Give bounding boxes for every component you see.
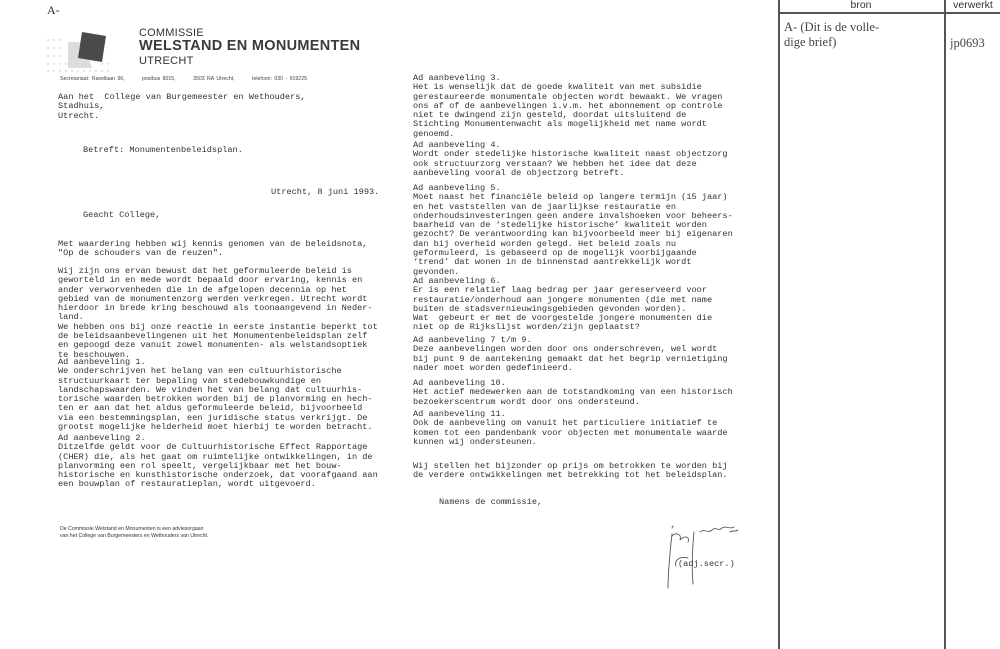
- recommendation-body: We onderschrijven het belang van een cul…: [58, 367, 373, 432]
- recipient-block: Aan het College van Burgemeester en Weth…: [58, 93, 306, 121]
- recommendation-11: Ad aanbeveling 11.Ook de aanbeveling om …: [413, 410, 728, 447]
- salutation: Geacht College,: [83, 211, 160, 220]
- closing-paragraph: Wij stellen het bijzonder op prijs om be…: [413, 462, 728, 481]
- address-phone: telefoon: 030 - 919225: [252, 76, 307, 82]
- recommendation-6: Ad aanbeveling 6.Er is een relatief laag…: [413, 277, 712, 333]
- footer-note: De Commissie Welstand en Monumenten is e…: [60, 526, 208, 540]
- subject-line: Betreft: Monumentenbeleidsplan.: [83, 146, 243, 155]
- context-paragraph: Wij zijn ons ervan bewust dat het geform…: [58, 267, 378, 360]
- header-verwerkt: verwerkt: [946, 0, 1000, 11]
- verwerkt-value: jp0693: [950, 36, 985, 51]
- panel-divider: [778, 0, 780, 649]
- intro-paragraph: Met waardering hebben wij kennis genomen…: [58, 240, 367, 259]
- recommendation-body: Ook de aanbeveling om vanuit het particu…: [413, 419, 728, 447]
- recommendation-body: Ditzelfde geldt voor de Cultuurhistorisc…: [58, 443, 378, 489]
- recommendation-4: Ad aanbeveling 4.Wordt onder stedelijke …: [413, 141, 728, 178]
- archive-panel: bron verwerkt A- (Dit is de volle- dige …: [778, 0, 1000, 649]
- header-divider: [778, 12, 1000, 14]
- archive-mark: A-: [47, 3, 60, 18]
- recommendation-body: Er is een relatief laag bedrag per jaar …: [413, 286, 712, 332]
- recommendation-body: Het actief medewerken aan de totstandkom…: [413, 388, 733, 407]
- recommendation-10: Ad aanbeveling 10.Het actief medewerken …: [413, 379, 733, 407]
- recommendation-body: Moet naast het financiële beleid op lang…: [413, 193, 733, 277]
- recommendation-body: Deze aanbevelingen worden door ons onder…: [413, 345, 728, 373]
- recommendation-1: Ad aanbeveling 1.We onderschrijven het b…: [58, 358, 373, 432]
- bron-value: A- (Dit is de volle- dige brief): [784, 20, 879, 50]
- signature-icon: [660, 522, 750, 592]
- letterhead-title: WELSTAND EN MONUMENTEN: [139, 38, 360, 54]
- letterhead-address: Secretariaat: Ravellaan 96, postbus 8015…: [60, 76, 322, 82]
- recommendation-body: Wordt onder stedelijke historische kwali…: [413, 150, 728, 178]
- address-postal: 3503 RA Utrecht,: [193, 76, 235, 82]
- letterhead-city: UTRECHT: [139, 55, 194, 67]
- recommendation-5: Ad aanbeveling 5.Moet naast het financië…: [413, 184, 733, 277]
- signoff: Namens de commissie,: [439, 498, 542, 507]
- column-divider: [944, 0, 946, 649]
- header-bron: bron: [778, 0, 944, 11]
- recommendation-3: Ad aanbeveling 3.Het is wenselijk dat de…: [413, 74, 722, 139]
- commission-logo-icon: [44, 24, 116, 74]
- recommendation-7-9: Ad aanbeveling 7 t/m 9.Deze aanbevelinge…: [413, 336, 728, 373]
- recommendation-2: Ad aanbeveling 2.Ditzelfde geldt voor de…: [58, 434, 378, 490]
- recommendation-body: Het is wenselijk dat de goede kwaliteit …: [413, 83, 722, 139]
- letter-date: Utrecht, 8 juni 1993.: [271, 188, 379, 197]
- signatory-title: (adj.secr.): [678, 560, 735, 569]
- address-postbox: postbus 8015,: [142, 76, 176, 82]
- address-secretariat: Secretariaat: Ravellaan 96,: [60, 76, 125, 82]
